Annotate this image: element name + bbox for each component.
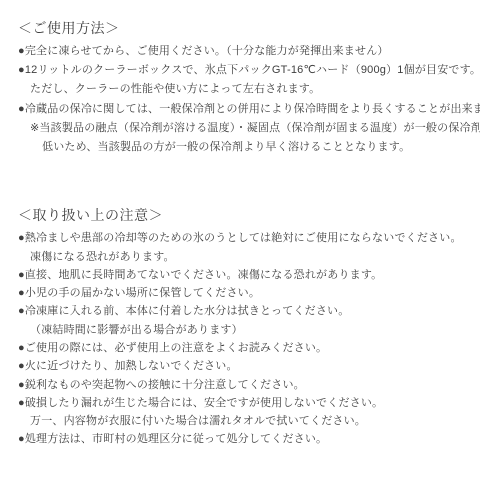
section-usage-title: ＜ご使用方法＞ [18,20,470,36]
text-line: ●処理方法は、市町村の処理区分に従って処分してください。 [18,430,470,448]
instruction-document: ＜ご使用方法＞ ●完全に凍らせてから、ご使用ください。（十分な能力が発揮出来ませ… [0,0,480,480]
text-line: ●熱冷ましや患部の冷却等のための氷のうとしては絶対にご使用にならないでください。 [18,229,470,247]
text-line: ●小児の手の届かない場所に保管してください。 [18,284,470,302]
text-line: 凍傷になる恐れがあります。 [18,248,470,266]
text-line: ●ご使用の際には、必ず使用上の注意をよくお読みください。 [18,339,470,357]
section-usage: ＜ご使用方法＞ ●完全に凍らせてから、ご使用ください。（十分な能力が発揮出来ませ… [18,20,470,157]
section-precautions-lines: ●熱冷ましや患部の冷却等のための氷のうとしては絶対にご使用にならないでください。… [18,229,470,449]
text-line: 低いため、当該製品の方が一般の保冷剤より早く溶けることとなります。 [18,138,470,157]
text-line: ●冷蔵品の保冷に関しては、一般保冷剤との併用により保冷時間をより長くすることが出… [18,100,470,119]
text-line: ●冷凍庫に入れる前、本体に付着した水分は拭きとってください。 [18,302,470,320]
text-line: ※当該製品の融点（保冷剤が溶ける温度）・凝固点（保冷剤が固まる温度）が一般の保冷… [18,119,470,138]
text-line: ●破損したり漏れが生じた場合には、安全ですが使用しないでください。 [18,394,470,412]
text-line: ただし、クーラーの性能や使い方によって左右されます。 [18,80,470,99]
text-line: ●直接、地肌に長時間あてないでください。凍傷になる恐れがあります。 [18,266,470,284]
section-usage-lines: ●完全に凍らせてから、ご使用ください。（十分な能力が発揮出来ません）●12リット… [18,42,470,157]
section-precautions-title: ＜取り扱い上の注意＞ [18,207,470,223]
text-line: （凍結時間に影響が出る場合があります） [18,321,470,339]
section-precautions: ＜取り扱い上の注意＞ ●熱冷ましや患部の冷却等のための氷のうとしては絶対にご使用… [18,207,470,449]
text-line: ●火に近づけたり、加熱しないでください。 [18,357,470,375]
text-line: ●鋭利なものや突起物への接触に十分注意してください。 [18,376,470,394]
text-line: ●12リットルのクーラーボックスで、氷点下パックGT-16℃ハード（900g）1… [18,61,470,80]
text-line: 万一、内容物が衣服に付いた場合は濡れタオルで拭いてください。 [18,412,470,430]
text-line: ●完全に凍らせてから、ご使用ください。（十分な能力が発揮出来ません） [18,42,470,61]
